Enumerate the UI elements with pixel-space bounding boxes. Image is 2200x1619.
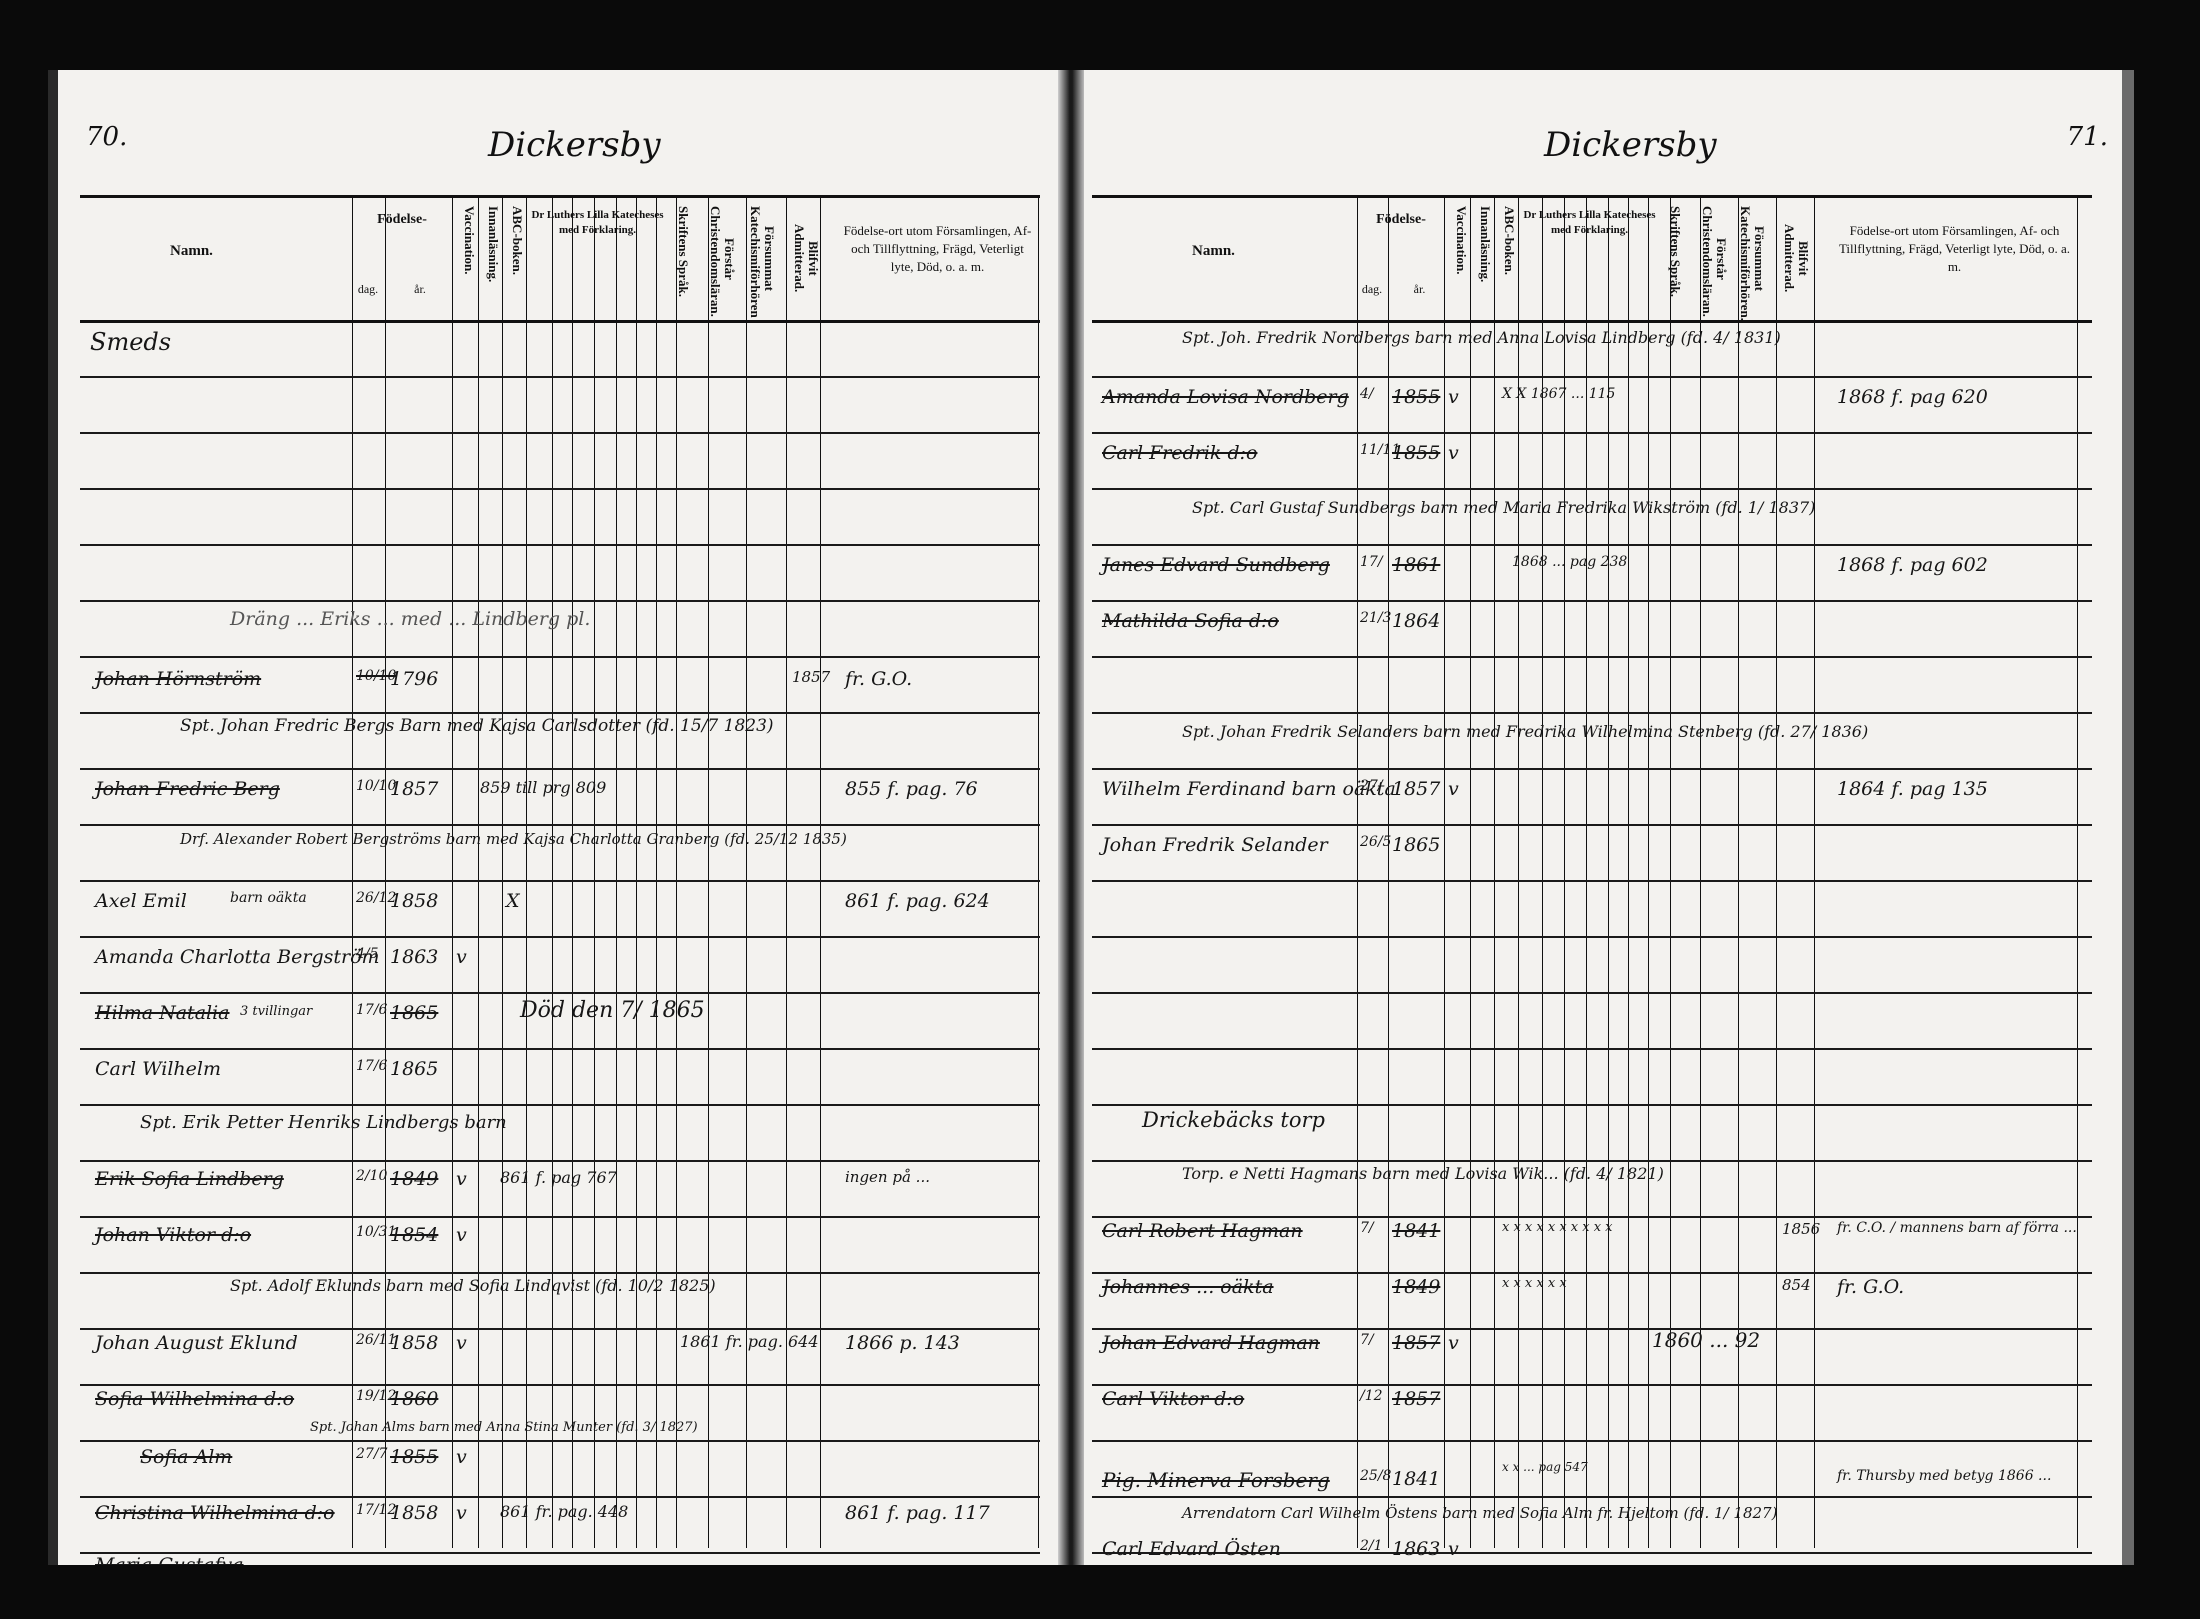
header-innanlasning: Innanläsning.	[1478, 206, 1492, 282]
header-birth: Födelse-	[352, 212, 452, 228]
header-forsummat: Försummat Katechismiförhören	[748, 206, 776, 311]
entry-name: Carl Fredrik d:o	[1102, 442, 1257, 464]
header-admitterad: Blifvit Admitterad.	[1782, 206, 1810, 311]
entry-name: Maria Gustafva	[95, 1554, 244, 1565]
header-katekes: Dr Luthers Lilla Katecheses med Förklari…	[530, 208, 665, 238]
header-skriftens-sprak: Skriftens Språk.	[676, 206, 690, 297]
family-line: Spt. Carl Gustaf Sundbergs barn med Mari…	[1192, 498, 1815, 517]
register-grid: Namn. Födelse- dag. år. Vaccination. Inn…	[1092, 195, 2092, 1548]
entry-name: Amanda Lovisa Nordberg	[1102, 386, 1349, 408]
header-forstar: Förstår Christendomsläran.	[708, 206, 736, 311]
entry-name: Johan Viktor d:o	[95, 1224, 251, 1246]
family-line: Arrendatorn Carl Wilhelm Östens barn med…	[1182, 1504, 1777, 1522]
family-line: Spt. Johan Fredric Bergs Barn med Kajsa …	[180, 716, 774, 736]
header-forstar: Förstår Christendomsläran.	[1700, 206, 1728, 311]
header-remarks: Födelse-ort utom Församlingen, Af- och T…	[1832, 222, 2077, 276]
page-number: 70.	[86, 122, 127, 152]
header-birth-day: dag.	[352, 282, 384, 297]
header-remarks: Födelse-ort utom Församlingen, Af- och T…	[840, 222, 1035, 276]
village-title: Dickersby	[488, 125, 661, 165]
page-number: 71.	[2067, 122, 2108, 152]
entry-name: Johan Fredric Berg	[95, 778, 280, 800]
entry-name: Erik Sofia Lindberg	[95, 1168, 284, 1190]
family-line: Dräng ... Eriks ... med ... Lindberg pl.	[230, 608, 590, 630]
family-line: Torp. e Netti Hagmans barn med Lovisa Wi…	[1182, 1164, 1664, 1183]
header-birth-year: år.	[1392, 282, 1447, 297]
entry-heading: Drickebäcks torp	[1142, 1108, 1325, 1132]
entry-name: Axel Emil	[95, 890, 187, 912]
header-forsummat: Försummat Katechismiförhören.	[1738, 206, 1766, 311]
family-line: Spt. Adolf Eklunds barn med Sofia Lindqv…	[230, 1276, 716, 1295]
family-line: Spt. Johan Fredrik Selanders barn med Fr…	[1182, 722, 1868, 741]
header-birth-year: år.	[390, 282, 450, 297]
column-headers: Namn. Födelse- dag. år. Vaccination. Inn…	[80, 198, 1040, 323]
entry-name: Wilhelm Ferdinand barn oäkta	[1102, 778, 1396, 800]
entry-name: Carl Edvard Östen	[1102, 1538, 1281, 1560]
family-line: Drf. Alexander Robert Bergströms barn me…	[180, 830, 847, 848]
book-gutter	[1058, 70, 1084, 1565]
header-birth: Födelse-	[1357, 212, 1445, 228]
entry-name: Sofia Alm	[140, 1446, 232, 1468]
entry-name: Johan Edvard Hagman	[1102, 1332, 1320, 1354]
entry-name: Carl Viktor d:o	[1102, 1388, 1244, 1410]
header-birth-day: dag.	[1357, 282, 1387, 297]
family-line: Spt. Joh. Fredrik Nordbergs barn med Ann…	[1182, 328, 1781, 347]
header-admitterad: Blifvit Admitterad.	[792, 206, 820, 311]
entry-name: Carl Wilhelm	[95, 1058, 221, 1080]
entry-name: Amanda Charlotta Bergström	[95, 946, 380, 968]
entry-name: Christina Wilhelmina d:o	[95, 1502, 335, 1524]
header-abc-boken: ABC-boken.	[1502, 206, 1516, 275]
header-innanlasning: Innanläsning.	[486, 206, 500, 282]
column-headers: Namn. Födelse- dag. år. Vaccination. Inn…	[1092, 198, 2092, 323]
entry-name: Johan Hörnström	[95, 668, 261, 690]
village-title: Dickersby	[1544, 125, 1717, 165]
header-name: Namn.	[1192, 243, 1235, 260]
header-vaccination: Vaccination.	[1454, 206, 1468, 275]
header-abc-boken: ABC-boken.	[510, 206, 524, 275]
header-name: Namn.	[170, 243, 213, 260]
header-vaccination: Vaccination.	[462, 206, 476, 275]
entry-name: Johannes ... oäkta	[1102, 1276, 1274, 1298]
register-spread: 70. Dickersby Namn. Födelse- dag. år. Va…	[48, 40, 2158, 1580]
family-line: Spt. Erik Petter Henriks Lindbergs barn	[140, 1112, 507, 1133]
entry-name: Pig. Minerva Forsberg	[1102, 1468, 1330, 1492]
entry-heading: Smeds	[90, 328, 171, 356]
entry-name: Johan Fredrik Selander	[1102, 834, 1328, 856]
entry-name: Hilma Natalia	[95, 1002, 230, 1024]
entry-name: Carl Robert Hagman	[1102, 1220, 1303, 1242]
entry-name: Sofia Wilhelmina d:o	[95, 1388, 294, 1410]
family-line: Spt. Johan Alms barn med Anna Stina Munt…	[310, 1420, 698, 1435]
entry-name: Janes Edvard Sundberg	[1102, 554, 1330, 576]
left-page: 70. Dickersby Namn. Födelse- dag. år. Va…	[48, 70, 1068, 1565]
entry-name: Johan August Eklund	[95, 1332, 298, 1354]
entry-name: Mathilda Sofia d:o	[1102, 610, 1279, 632]
register-grid: Namn. Födelse- dag. år. Vaccination. Inn…	[80, 195, 1040, 1548]
right-page: 71. Dickersby Namn. Födelse- dag. år. Va…	[1084, 70, 2134, 1565]
